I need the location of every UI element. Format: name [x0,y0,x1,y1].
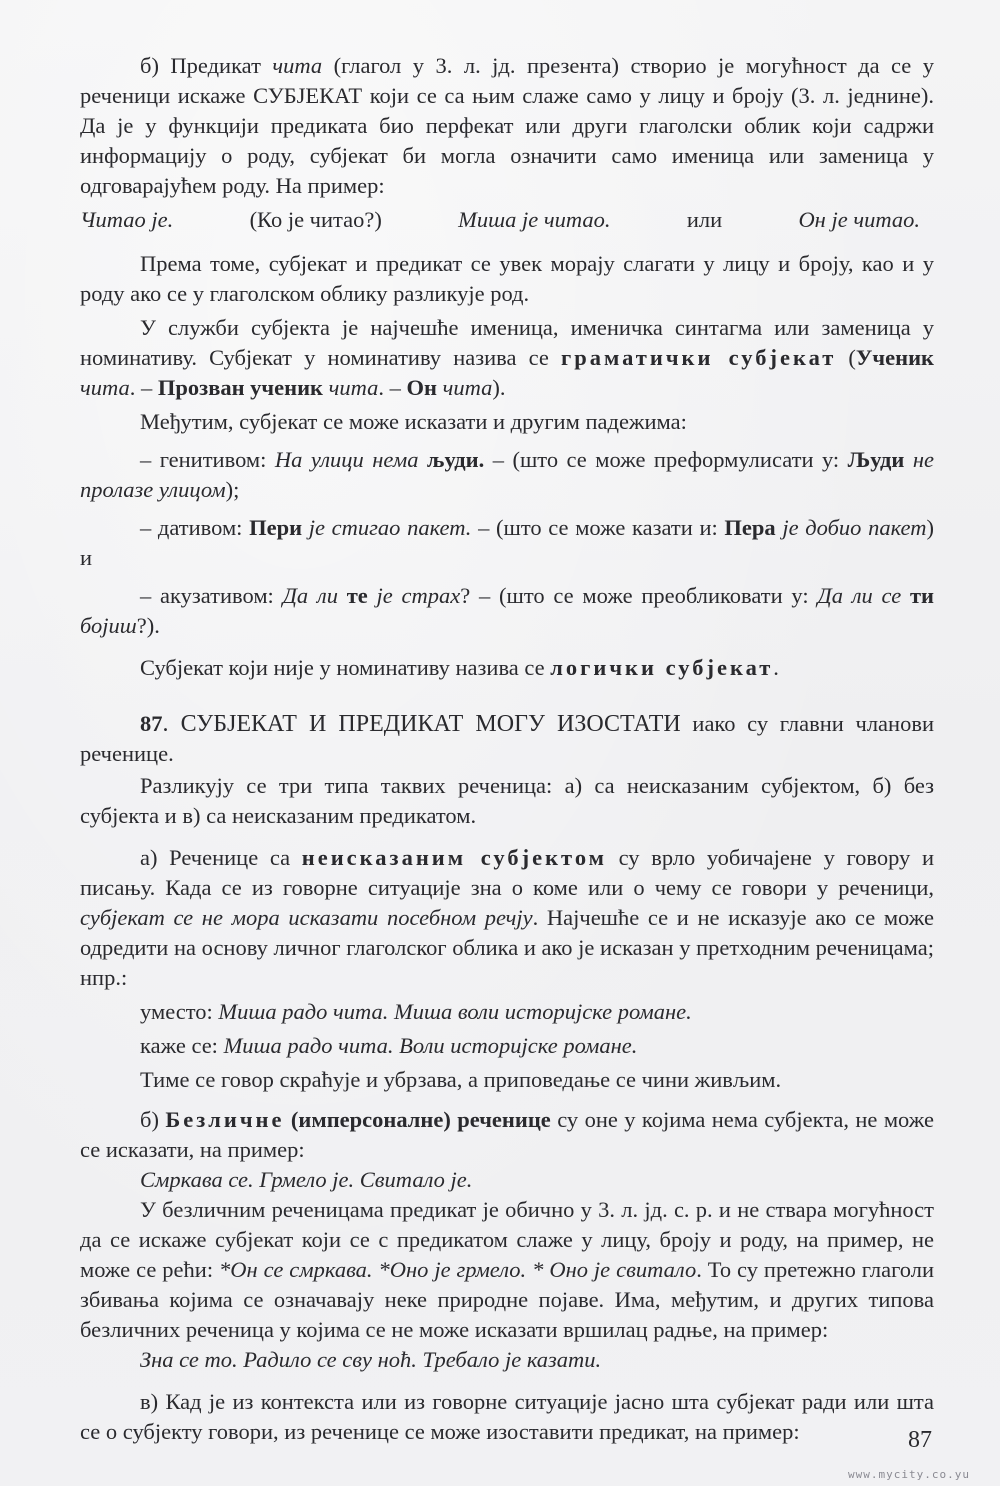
italic: је стигао пакет. [302,515,471,540]
term-bold: неисказаним субјектом [302,845,607,870]
paragraph-omitted-predicate: в) Кад је из контекста или из говорне си… [80,1387,934,1447]
italic-term: чита [272,53,322,78]
italic: *Он се смркава. *Оно је грмело. * Оно је… [219,1257,696,1282]
conjunction: или [687,205,722,235]
examples-impersonal-2: Зна се то. Радило се сву ноћ. Требало је… [80,1345,934,1375]
section-title: . СУБЈЕКАТ И ПРЕДИКАТ МОГУ ИЗОСТАТИ [163,711,681,737]
term-bold: логички субјекат [550,655,773,680]
paragraph-impersonal: б) Безличне (имперсоналне) реченице су о… [80,1105,934,1165]
page-number: 87 [908,1427,932,1454]
italic: Зна се то. Радило се сву ноћ. Требало је… [140,1347,601,1372]
label: каже се: [140,1033,224,1058]
item-accusative: – акузативом: Да ли те је страх? – (што … [80,581,934,641]
bold: те [347,583,368,608]
text: ( [836,345,856,370]
term-bold: граматички субјекат [561,345,836,370]
paragraph-logical-subject: Субјекат који није у номинативу назива с… [80,653,934,683]
text: – генитивом: [140,447,275,472]
italic: је страх [368,583,460,608]
italic: бојиш [80,613,137,638]
bold: Људи [848,447,905,472]
text: ); [226,477,240,502]
text: – (што се може преформулисати у: [484,447,847,472]
text: . [773,655,779,680]
paragraph-grammatical-subject: У служби субјекта је најчешће именица, и… [80,313,934,403]
italic: чита [80,375,130,400]
italic: Смркава се. Грмело је. Свитало је. [140,1167,472,1192]
term-bold: Безличне [165,1107,284,1132]
item-dative: – дативом: Пери је стигао пакет. – (што … [80,513,934,573]
text: ?). [137,613,160,638]
example: Он је читао. [798,205,920,235]
text: . – [378,375,406,400]
paragraph-shortening: Тиме се говор скраћује и убрзава, а прип… [80,1065,934,1095]
text: а) Реченице са [140,845,302,870]
italic: чита [323,375,378,400]
italic: чита [437,375,492,400]
watermark: www.mycity.co.yu [848,1468,970,1481]
text: – дативом: [140,515,249,540]
text: ). [492,375,505,400]
example: Миша је читао. [458,205,610,235]
paragraph-predicate-b: б) Предикат чита (глагол у 3. л. јд. пре… [80,51,934,201]
example: Читао је. [80,205,173,235]
term-bold: (имперсоналне) реченице [285,1107,551,1132]
paragraph-impersonal-predicate: У безличним реченицама предикат је обичн… [80,1195,934,1345]
example-say: каже се: Миша радо чита. Воли историјске… [80,1031,934,1061]
example-instead: уместо: Миша радо чита. Миша воли истори… [80,997,934,1027]
italic: субјекат се не мора исказати посебном ре… [80,905,533,930]
italic: Да ли [283,583,347,608]
examples-row: Читао је. (Ко је читао?) Миша је читао. … [80,205,934,235]
section-heading-87: 87. СУБЈЕКАТ И ПРЕДИКАТ МОГУ ИЗОСТАТИ иа… [80,709,934,769]
label: уместо: [140,999,218,1024]
examples-impersonal: Смркава се. Грмело је. Свитало је. [80,1165,934,1195]
text: . – [130,375,158,400]
text: б) Предикат [140,53,272,78]
text: Субјекат који није у номинативу назива с… [140,655,550,680]
paragraph-three-types: Разликују се три типа таквих реченица: а… [80,771,934,831]
section-number: 87 [140,711,163,736]
paragraph-other-cases: Међутим, субјекат се може исказати и дру… [80,407,934,437]
bold: Он [407,375,437,400]
paragraph-unexpressed-subject: а) Реченице са неисказаним субјектом су … [80,843,934,993]
italic: је добио пакет [776,515,927,540]
italic: На улици нема [275,447,427,472]
text: б) [140,1107,165,1132]
item-genitive: – генитивом: На улици нема људи. – (што … [80,445,934,505]
page-body: б) Предикат чита (глагол у 3. л. јд. пре… [80,51,934,1447]
example: (Ко је читао?) [250,205,382,235]
bold: људи. [427,447,484,472]
bold: Пера [724,515,775,540]
scanned-page: б) Предикат чита (глагол у 3. л. јд. пре… [0,0,1000,1486]
italic: Миша радо чита. Миша воли историјске ром… [218,999,691,1024]
text: ? – (што се може преобликовати у: [460,583,817,608]
paragraph-agreement: Према томе, субјекат и предикат се увек … [80,249,934,309]
text: – акузативом: [140,583,283,608]
italic: Да ли се [817,583,910,608]
italic: Миша радо чита. Воли историјске романе. [224,1033,638,1058]
text: – (што се може казати и: [471,515,724,540]
bold: ти [910,583,934,608]
bold: Пери [249,515,302,540]
bold: Прозван ученик [158,375,323,400]
bold: Ученик [856,345,934,370]
